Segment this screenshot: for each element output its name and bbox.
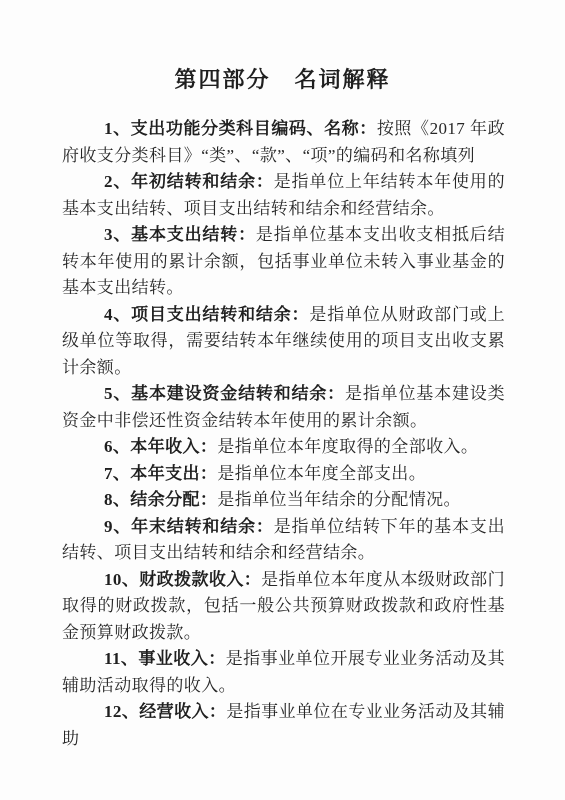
term-label: 12、经营收入： xyxy=(104,702,226,721)
term-paragraph: 9、年末结转和结余：是指单位结转下年的基本支出结转、项目支出结转和结余和经营结余… xyxy=(62,514,505,567)
term-label: 6、本年收入： xyxy=(104,437,217,456)
term-label: 8、结余分配： xyxy=(104,490,217,509)
page-title: 第四部分 名词解释 xyxy=(0,0,565,94)
term-label: 1、支出功能分类科目编码、名称： xyxy=(104,119,377,138)
term-label: 2、年初结转和结余： xyxy=(104,172,274,191)
term-label: 5、基本建设资金结转和结余： xyxy=(104,384,345,403)
term-paragraph: 4、项目支出结转和结余：是指单位从财政部门或上级单位等取得，需要结转本年继续使用… xyxy=(62,302,505,382)
term-paragraph: 2、年初结转和结余：是指单位上年结转本年使用的基本支出结转、项目支出结转和结余和… xyxy=(62,169,505,222)
term-label: 3、基本支出结转： xyxy=(104,225,256,244)
term-paragraph: 7、本年支出：是指单位本年度全部支出。 xyxy=(62,461,505,488)
terms-list: 1、支出功能分类科目编码、名称：按照《2017 年政府收支分类科目》“类”、“款… xyxy=(62,116,505,752)
term-paragraph: 3、基本支出结转：是指单位基本支出收支相抵后结转本年使用的累计余额，包括事业单位… xyxy=(62,222,505,302)
term-label: 7、本年支出： xyxy=(104,464,217,483)
term-definition: 是指单位当年结余的分配情况。 xyxy=(217,490,461,509)
term-paragraph: 5、基本建设资金结转和结余：是指单位基本建设类资金中非偿还性资金结转本年使用的累… xyxy=(62,381,505,434)
term-label: 4、项目支出结转和结余： xyxy=(104,305,309,324)
term-definition: 是指单位本年度全部支出。 xyxy=(217,464,426,483)
term-paragraph: 1、支出功能分类科目编码、名称：按照《2017 年政府收支分类科目》“类”、“款… xyxy=(62,116,505,169)
term-paragraph: 8、结余分配：是指单位当年结余的分配情况。 xyxy=(62,487,505,514)
term-definition: 是指单位本年度取得的全部收入。 xyxy=(217,437,478,456)
document-page: 第四部分 名词解释 1、支出功能分类科目编码、名称：按照《2017 年政府收支分… xyxy=(0,0,565,800)
term-paragraph: 6、本年收入：是指单位本年度取得的全部收入。 xyxy=(62,434,505,461)
term-paragraph: 12、经营收入：是指事业单位在专业业务活动及其辅助 xyxy=(62,699,505,752)
term-paragraph: 10、财政拨款收入：是指单位本年度从本级财政部门取得的财政拨款，包括一般公共预算… xyxy=(62,567,505,647)
term-label: 9、年末结转和结余： xyxy=(104,517,274,536)
term-label: 10、财政拨款收入： xyxy=(104,570,261,589)
term-paragraph: 11、事业收入：是指事业单位开展专业业务活动及其辅助活动取得的收入。 xyxy=(62,646,505,699)
term-label: 11、事业收入： xyxy=(104,649,226,668)
